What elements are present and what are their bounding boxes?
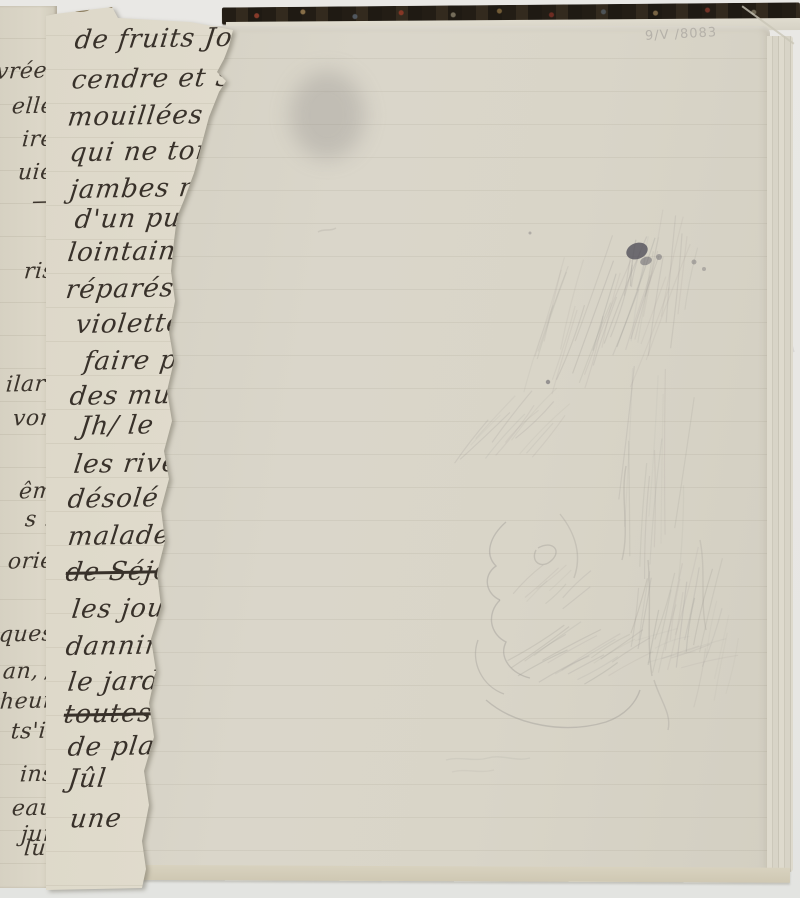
right-page-edges [767, 36, 793, 872]
handwriting-line: cendre et St [70, 62, 248, 95]
handwriting-line: lointaine [66, 236, 194, 268]
handwriting-line: de fruits Jou [73, 22, 252, 55]
handwriting-line: le jard [66, 666, 162, 698]
handwriting-line: jambes n [68, 173, 199, 205]
glue-residue-spot [214, 12, 236, 19]
handwriting-line: malades [66, 520, 186, 552]
handwriting-line: de Séjo [64, 556, 172, 588]
handwriting-line: Jûl [66, 764, 108, 795]
handwriting-line: réparés p [64, 273, 203, 305]
pencil-inventory-inscription: 9/V /8083 [645, 25, 718, 44]
glue-residue-spot [70, 5, 90, 12]
handwriting-line: dannines [64, 630, 195, 662]
handwriting-line: d'un pui [73, 203, 192, 235]
torn-leaf-surface: de fruits Joucendre et Stmouillées lesqu… [46, 2, 282, 894]
handwriting-line: mouillées les [66, 99, 255, 132]
handwriting-line: Jh/ le [78, 410, 156, 441]
handwriting-line: qui ne ton [68, 136, 215, 168]
handwriting-line: des mu [68, 380, 173, 412]
handwriting-line: une [68, 804, 124, 835]
handwriting-line: faire p [82, 345, 179, 377]
handwriting-line: les jour [70, 593, 180, 625]
glue-residue-spot [106, 2, 120, 8]
handwriting-line: violettes [74, 308, 199, 340]
handwriting-line: désolé [66, 483, 161, 515]
ink-stain-smudge [290, 71, 365, 159]
notebook-scan: 9/V /8083 vrée,elleireuie—risilar-vonêms… [0, 0, 800, 898]
torn-manuscript-leaf: de fruits Joucendre et Stmouillées lesqu… [46, 2, 282, 894]
handwriting-line: de pla [66, 731, 157, 763]
handwriting-line: les rive [72, 448, 180, 480]
handwriting-line: toutes [62, 698, 154, 730]
